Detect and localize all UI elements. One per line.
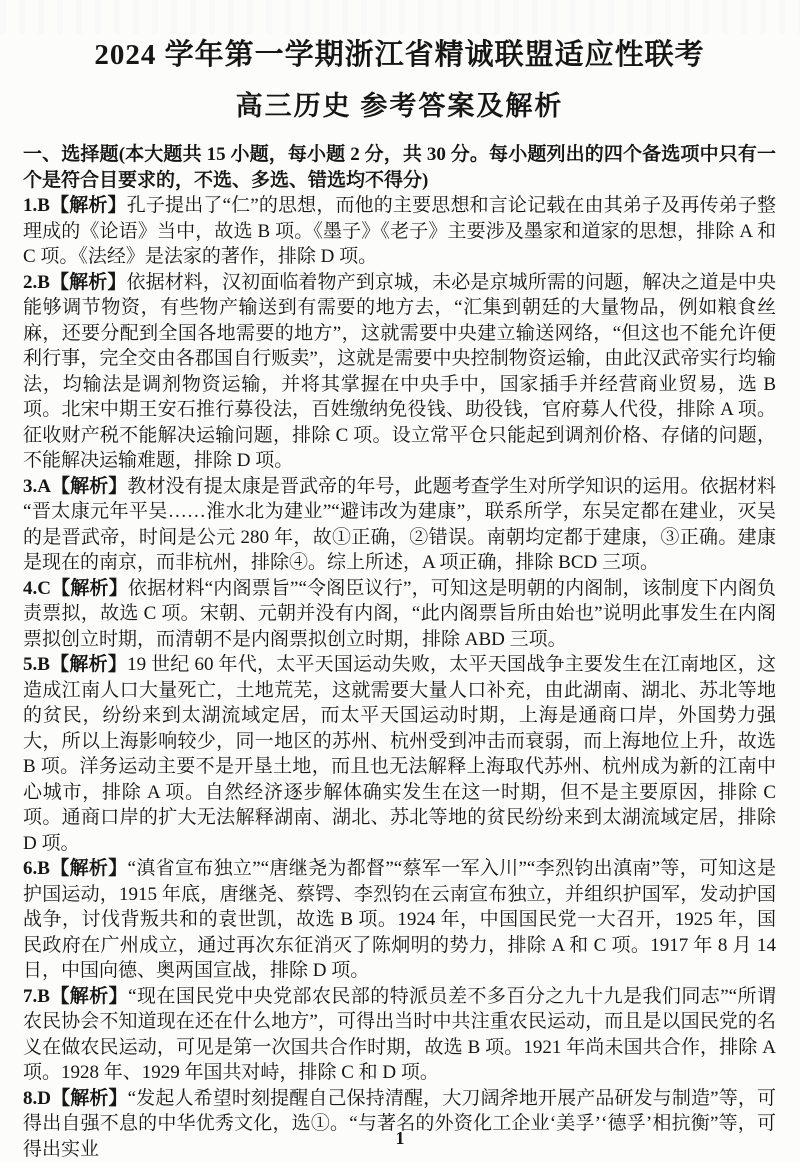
answer-label: 5.B【解析】 [23, 654, 127, 675]
answer-explanation: 孔子提出了“仁”的思想，而他的主要思想和言论记载在由其弟子及再传弟子整理成的《论… [23, 195, 776, 267]
answer-label: 1.B【解析】 [23, 195, 127, 216]
answer-explanation: 19 世纪 60 年代，太平天国运动失败，太平天国战争主要发生在江南地区，这造成… [23, 654, 776, 854]
answer-item-6: 6.B【解析】“滇省宣布独立”“唐继尧为都督”“蔡军一军入川”“李烈钧出滇南”等… [23, 856, 776, 984]
answer-explanation: 教材没有提太康是晋武帝的年号，此题考查学生对所学知识的运用。依据材料“晋太康元年… [23, 476, 776, 574]
document-header: 2024 学年第一学期浙江省精诚联盟适应性联考 高三历史 参考答案及解析 [23, 36, 776, 124]
answer-explanation: 依据材料，汉初面临着物产到京城，未必是京城所需的问题，解决之道是中央能够调节物资… [23, 272, 776, 472]
answer-explanation: 依据材料“内阁票旨”“令阁臣议行”，可知这是明朝的内阁制，该制度下内阁负责票拟，… [23, 578, 776, 650]
answer-label: 8.D【解析】 [23, 1088, 128, 1109]
answer-explanation: “发起人希望时刻提醒自己保持清醒，大刀阔斧地开展产品研发与制造”等，可得出自强不… [23, 1088, 776, 1160]
page-number: 1 [0, 1128, 800, 1149]
page-subtitle: 高三历史 参考答案及解析 [23, 89, 776, 124]
answer-label: 4.C【解析】 [23, 578, 128, 599]
answer-label: 6.B【解析】 [23, 858, 128, 879]
answer-item-8: 8.D【解析】“发起人希望时刻提醒自己保持清醒，大刀阔斧地开展产品研发与制造”等… [23, 1086, 776, 1162]
exam-answer-key-page: 2024 学年第一学期浙江省精诚联盟适应性联考 高三历史 参考答案及解析 一、选… [0, 0, 800, 1162]
answer-item-5: 5.B【解析】19 世纪 60 年代，太平天国运动失败，太平天国战争主要发生在江… [23, 652, 776, 856]
answer-item-3: 3.A【解析】教材没有提太康是晋武帝的年号，此题考查学生对所学知识的运用。依据材… [23, 474, 776, 576]
answer-item-4: 4.C【解析】依据材料“内阁票旨”“令阁臣议行”，可知这是明朝的内阁制，该制度下… [23, 576, 776, 653]
answer-label: 7.B【解析】 [23, 986, 128, 1007]
answer-label: 2.B【解析】 [23, 272, 126, 293]
scan-noise-artifact [0, 0, 800, 34]
answer-item-7: 7.B【解析】“现在国民党中央党部农民部的特派员差不多百分之九十九是我们同志”“… [23, 984, 776, 1086]
answer-item-1: 1.B【解析】孔子提出了“仁”的思想，而他的主要思想和言论记载在由其弟子及再传弟… [23, 193, 776, 270]
section-heading-multiple-choice: 一、选择题(本大题共 15 小题，每小题 2 分，共 30 分。每小题列出的四个… [23, 142, 776, 193]
page-title: 2024 学年第一学期浙江省精诚联盟适应性联考 [23, 36, 776, 74]
answer-explanation: “现在国民党中央党部农民部的特派员差不多百分之九十九是我们同志”“所谓农民协会不… [23, 986, 776, 1084]
answer-explanation: “滇省宣布独立”“唐继尧为都督”“蔡军一军入川”“李烈钧出滇南”等，可知这是护国… [23, 858, 776, 981]
answers-list: 1.B【解析】孔子提出了“仁”的思想，而他的主要思想和言论记载在由其弟子及再传弟… [23, 193, 776, 1162]
answer-item-2: 2.B【解析】依据材料，汉初面临着物产到京城，未必是京城所需的问题，解决之道是中… [23, 270, 776, 474]
answer-label: 3.A【解析】 [23, 476, 127, 497]
